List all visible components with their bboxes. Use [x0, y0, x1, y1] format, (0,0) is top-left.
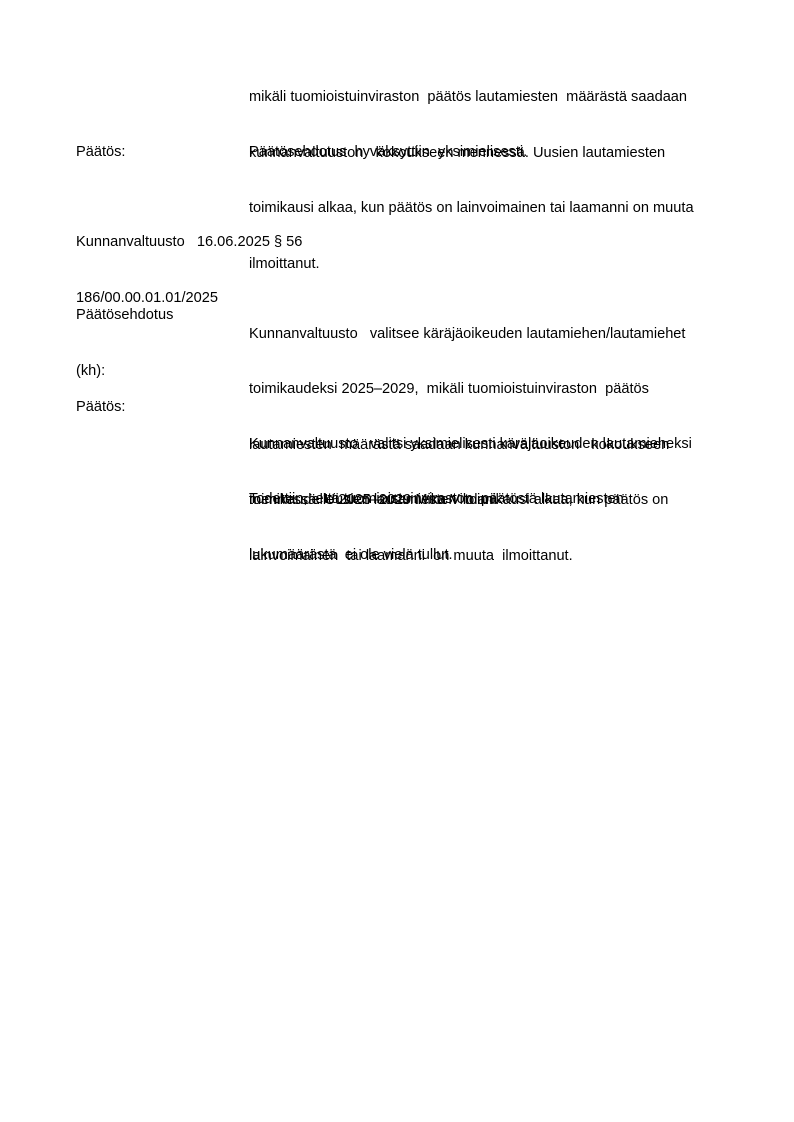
- text-line: Todettiin, että tuomioistuinviraston pää…: [249, 490, 624, 509]
- text-line: toimikausi alkaa, kun päätös on lainvoim…: [249, 199, 694, 218]
- proposal-label-line2: (kh):: [76, 362, 173, 381]
- decision-paragraph-2: Todettiin, että tuomioistuinviraston pää…: [249, 453, 624, 583]
- text-line: toimikaudeksi 2025–2029, mikäli tuomiois…: [249, 380, 685, 399]
- proposal-label: Päätösehdotus (kh):: [76, 269, 173, 399]
- continuation-paragraph: mikäli tuomioistuinviraston päätös lauta…: [249, 51, 694, 292]
- text-line: ilmoittanut.: [249, 255, 694, 274]
- text-line: Kunnanvaltuusto valitsi yksimielisesti k…: [249, 435, 692, 454]
- first-decision-text: Päätösehdotus hyväksyttiin yksimielisest…: [249, 143, 527, 162]
- first-decision-label: Päätös:: [76, 143, 126, 162]
- meeting-title: Kunnanvaltuusto 16.06.2025 § 56: [76, 233, 302, 252]
- proposal-label-line1: Päätösehdotus: [76, 306, 173, 325]
- text-line: Kunnanvaltuusto valitsee käräjäoikeuden …: [249, 325, 685, 344]
- text-line: lukumäärästä ei ole vielä tullut.: [249, 546, 624, 565]
- decision-label: Päätös:: [76, 398, 126, 417]
- text-line: mikäli tuomioistuinviraston päätös lauta…: [249, 88, 694, 107]
